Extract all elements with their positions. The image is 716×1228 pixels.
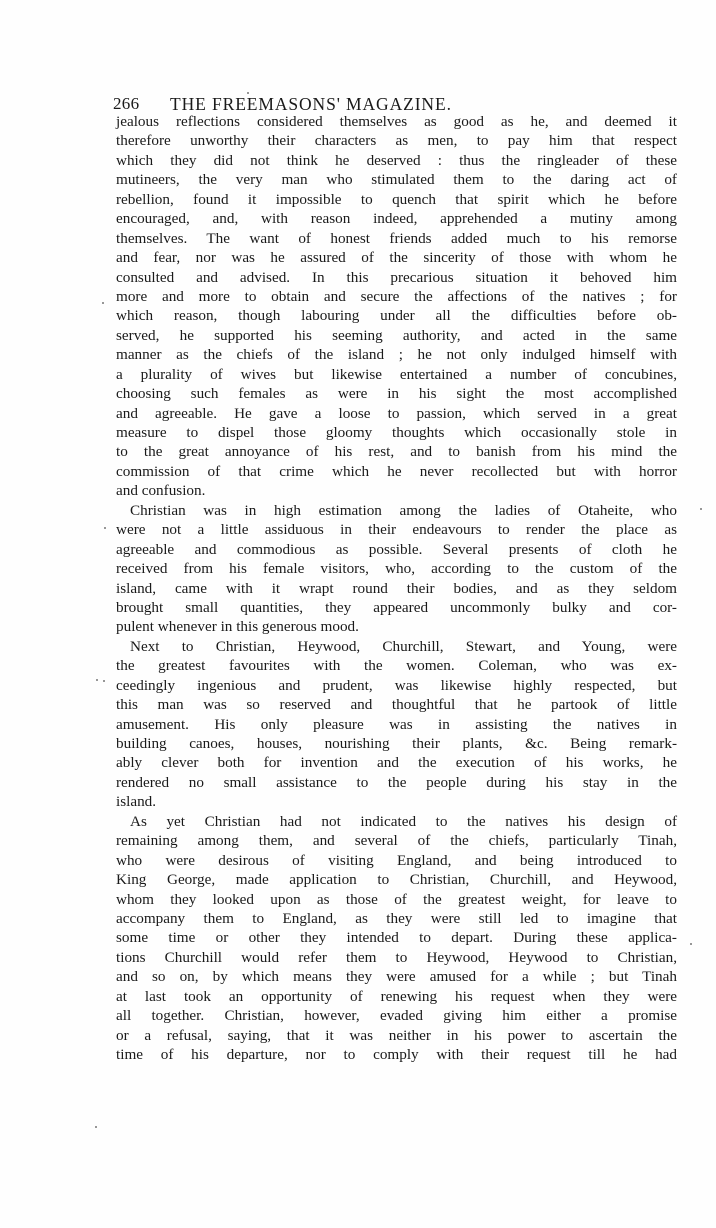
text-line: remaining among them, and several of the… <box>116 831 677 850</box>
article-body: jealous reflections considered themselve… <box>116 112 677 1064</box>
text-line: which reason, though labouring under all… <box>116 306 677 325</box>
text-line: King George, made application to Christi… <box>116 870 677 889</box>
scan-speck <box>95 1126 97 1128</box>
text-line: and confusion. <box>116 481 677 500</box>
paragraph-first-line: Christian was in high estimation among t… <box>116 501 677 520</box>
text-line: island. <box>116 792 677 811</box>
text-line: were not a little assiduous in their end… <box>116 520 677 539</box>
text-line: whom they looked upon as those of the gr… <box>116 890 677 909</box>
scan-speck <box>102 302 104 304</box>
text-line: which they did not think he deserved : t… <box>116 151 677 170</box>
text-line: tions Churchill would refer them to Heyw… <box>116 948 677 967</box>
scan-speck <box>104 527 106 529</box>
text-line: ably clever both for invention and the e… <box>116 753 677 772</box>
text-line: encouraged, and, with reason indeed, app… <box>116 209 677 228</box>
scan-speck <box>96 679 98 681</box>
text-line: manner as the chiefs of the island ; he … <box>116 345 677 364</box>
text-line: more and more to obtain and secure the a… <box>116 287 677 306</box>
scan-speck <box>103 680 105 682</box>
text-line: jealous reflections considered themselve… <box>116 112 677 131</box>
text-line: received from his female visitors, who, … <box>116 559 677 578</box>
text-line: and agreeable. He gave a loose to passio… <box>116 404 677 423</box>
text-line: measure to dispel those gloomy thoughts … <box>116 423 677 442</box>
scan-speck <box>690 943 692 945</box>
text-line: and fear, nor was he assured of the sinc… <box>116 248 677 267</box>
text-line: time of his departure, nor to comply wit… <box>116 1045 677 1064</box>
text-line: to the great annoyance of his rest, and … <box>116 442 677 461</box>
text-line: a plurality of wives but likewise entert… <box>116 365 677 384</box>
text-line: agreeable and commodious as possible. Se… <box>116 540 677 559</box>
text-line: ceedingly ingenious and prudent, was lik… <box>116 676 677 695</box>
paragraph-first-line: Next to Christian, Heywood, Churchill, S… <box>116 637 677 656</box>
text-line: all together. Christian, however, evaded… <box>116 1006 677 1025</box>
scan-speck <box>247 92 249 94</box>
text-line: the greatest favourites with the women. … <box>116 656 677 675</box>
text-line: accompany them to England, as they were … <box>116 909 677 928</box>
text-line: amusement. His only pleasure was in assi… <box>116 715 677 734</box>
text-line: served, he supported his seeming authori… <box>116 326 677 345</box>
page-number: 266 <box>113 94 139 114</box>
text-line: themselves. The want of honest friends a… <box>116 229 677 248</box>
text-line: mutineers, the very man who stimulated t… <box>116 170 677 189</box>
text-line: this man was so reserved and thoughtful … <box>116 695 677 714</box>
text-line: or a refusal, saying, that it was neithe… <box>116 1026 677 1045</box>
paragraph-first-line: As yet Christian had not indicated to th… <box>116 812 677 831</box>
text-line: consulted and advised. In this precariou… <box>116 268 677 287</box>
scanned-page: 266 THE FREEMASONS' MAGAZINE. jealous re… <box>0 0 716 1228</box>
text-line: commission of that crime which he never … <box>116 462 677 481</box>
text-line: rendered no small assistance to the peop… <box>116 773 677 792</box>
text-line: pulent whenever in this generous mood. <box>116 617 677 636</box>
text-line: at last took an opportunity of renewing … <box>116 987 677 1006</box>
text-line: rebellion, found it impossible to quench… <box>116 190 677 209</box>
text-line: island, came with it wrapt round their b… <box>116 579 677 598</box>
scan-speck <box>700 508 702 510</box>
text-line: building canoes, houses, nourishing thei… <box>116 734 677 753</box>
text-line: therefore unworthy their characters as m… <box>116 131 677 150</box>
text-line: and so on, by which means they were amus… <box>116 967 677 986</box>
text-line: choosing such females as were in his sig… <box>116 384 677 403</box>
text-line-content: therefore unworthy their characters as m… <box>116 132 677 149</box>
text-line: some time or other they intended to depa… <box>116 928 677 947</box>
text-line: who were desirous of visiting England, a… <box>116 851 677 870</box>
text-line: brought small quantities, they appeared … <box>116 598 677 617</box>
